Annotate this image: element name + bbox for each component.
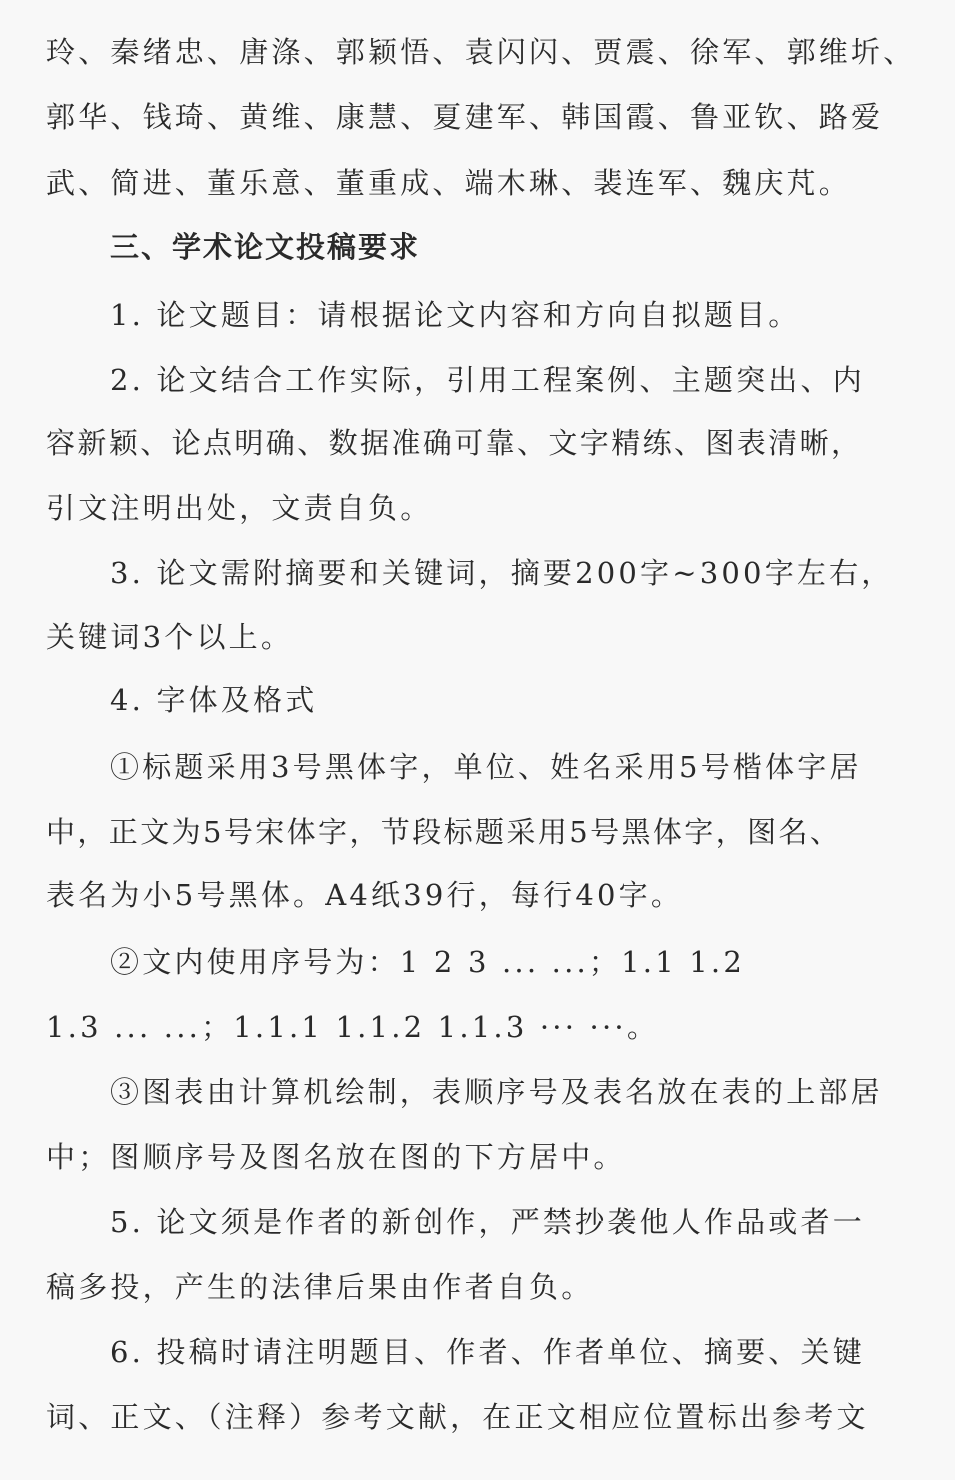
requirement-item-originality: 稿多投，产生的法律后果由作者自负。 xyxy=(46,1267,916,1307)
format-subitem-fonts: ①标题采用3号黑体字，单位、姓名采用5号楷体字居 xyxy=(110,747,955,787)
format-subitem-fonts: 表名为小5号黑体。A4纸39行，每行40字。 xyxy=(46,875,916,915)
name-list-line: 玲、秦绪忠、唐涤、郭颖悟、袁闪闪、贾震、徐军、郭维圻、 xyxy=(46,32,916,72)
requirement-item-abstract: 关键词3个以上。 xyxy=(46,617,916,657)
format-subitem-fonts: 中，正文为5号宋体字，节段标题采用5号黑体字，图名、 xyxy=(46,812,916,852)
format-subitem-numbering: ②文内使用序号为：1 2 3 ... ...；1.1 1.2 xyxy=(110,942,955,982)
format-subitem-numbering: 1.3 ... ...；1.1.1 1.1.2 1.1.3 ··· ···。 xyxy=(46,1007,916,1047)
requirement-item-abstract: 3. 论文需附摘要和关键词，摘要200字~300字左右， xyxy=(110,553,955,593)
format-subitem-figures: 中；图顺序号及图名放在图的下方居中。 xyxy=(46,1137,916,1177)
requirement-item-originality: 5. 论文须是作者的新创作，严禁抄袭他人作品或者一 xyxy=(110,1202,955,1242)
name-list-line: 武、简进、董乐意、董重成、端木琳、裴连军、魏庆芃。 xyxy=(46,163,916,203)
requirement-item-format: 4. 字体及格式 xyxy=(110,680,955,720)
section-heading: 三、学术论文投稿要求 xyxy=(110,227,955,267)
requirement-item-content: 2. 论文结合工作实际，引用工程案例、主题突出、内 xyxy=(110,360,955,400)
name-list-line: 郭华、钱琦、黄维、康慧、夏建军、韩国霞、鲁亚钦、路爱 xyxy=(46,97,916,137)
requirement-item-title: 1. 论文题目：请根据论文内容和方向自拟题目。 xyxy=(110,295,955,335)
requirement-item-submission: 6. 投稿时请注明题目、作者、作者单位、摘要、关键 xyxy=(110,1332,955,1372)
requirement-item-content: 容新颖、论点明确、数据准确可靠、文字精练、图表清晰， xyxy=(46,423,916,463)
document-page: 玲、秦绪忠、唐涤、郭颖悟、袁闪闪、贾震、徐军、郭维圻、 郭华、钱琦、黄维、康慧、… xyxy=(0,0,955,1480)
requirement-item-submission: 词、正文、（注释）参考文献，在正文相应位置标出参考文 xyxy=(46,1397,916,1437)
requirement-item-content: 引文注明出处，文责自负。 xyxy=(46,488,916,528)
format-subitem-figures: ③图表由计算机绘制，表顺序号及表名放在表的上部居 xyxy=(110,1072,955,1112)
